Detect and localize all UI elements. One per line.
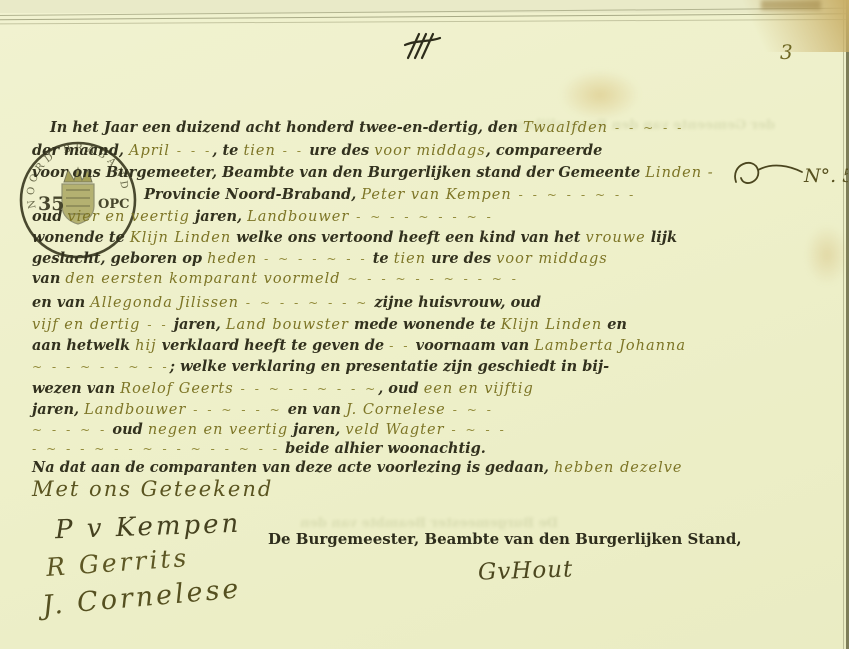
printed-text: voornaam van	[411, 337, 535, 354]
top-smudge	[761, 0, 821, 10]
document-line: geslacht, geboren op heden - ~ - - ~ - -…	[32, 251, 608, 268]
printed-text: jaren,	[190, 208, 247, 225]
handwritten-text: Landbouwer	[84, 402, 186, 418]
filler-dashes: ~ - - ~ - - ~ - - ~ -	[341, 272, 520, 286]
document-line: der maand, April - - -, te tien - - ure …	[32, 143, 602, 160]
document-line: ~ - - ~ - - ~ - -; welke verklaring en p…	[32, 359, 609, 376]
filler-dashes: ~ - - ~ -	[32, 423, 107, 437]
document-line: wezen van Roelof Geerts - - ~ - - ~ - - …	[32, 381, 534, 398]
printed-text: verklaard heeft te geven de	[157, 337, 389, 354]
handwritten-text: Klijn Linden	[501, 317, 602, 333]
handwritten-text: vrouwe	[586, 230, 646, 246]
handwritten-text: Linden -	[645, 165, 713, 181]
handwritten-text: Roelof Geerts	[120, 381, 234, 397]
document-line: Met ons Geteekend	[32, 478, 273, 501]
signature-official: GvHout	[478, 556, 574, 585]
document-line: Provincie Noord-Braband, Peter van Kempe…	[32, 187, 636, 204]
printed-text: ure des	[426, 250, 496, 267]
handwritten-text: veld Wagter	[345, 422, 444, 438]
printed-text: en	[602, 316, 627, 333]
filler-dashes: - -	[276, 144, 304, 158]
paper-stain	[805, 225, 849, 285]
printed-text: wonende te	[32, 229, 130, 246]
handwritten-text: den eersten komparant voormeld	[65, 271, 340, 287]
document-line: In het Jaar een duizend acht honderd twe…	[32, 120, 684, 137]
printed-text: beide alhier woonachtig.	[280, 440, 486, 457]
printed-text: ure des	[304, 142, 374, 159]
printed-text: In het Jaar een duizend acht honderd twe…	[50, 119, 523, 136]
closing-title: De Burgemeester, Beambte van den Burgerl…	[268, 530, 742, 548]
filler-dashes: - ~ - - ~ - -	[257, 252, 367, 266]
filler-dashes: - - ~ - - ~ - - ~	[234, 382, 378, 396]
printed-text: welke ons vertoond heeft een kind van he…	[231, 229, 585, 246]
printed-text: jaren,	[169, 316, 226, 333]
document-line: van den eersten komparant voormeld ~ - -…	[32, 271, 519, 288]
document-line: aan hetwelk hij verklaard heeft te geven…	[32, 338, 686, 355]
handwritten-text: April	[129, 143, 170, 159]
printed-text: wezen van	[32, 380, 120, 397]
document-line: jaren, Landbouwer - - ~ - - ~ en van J. …	[32, 402, 494, 419]
handwritten-text: Peter van Kempen	[361, 187, 511, 203]
handwritten-text: voor middags	[374, 143, 486, 159]
handwritten-text: voor middags	[496, 251, 608, 267]
document-line: vijf en dertig - - jaren, Land bouwster …	[32, 317, 627, 334]
page-edge-right-light	[843, 0, 844, 649]
handwritten-text: vijf en dertig	[32, 317, 140, 333]
printed-text: , te	[212, 142, 243, 159]
printed-text: jaren,	[32, 401, 84, 418]
filler-dashes: - - ~ - - ~	[186, 403, 282, 417]
filler-dashes: - ~ - - ~ - - ~ - - ~ - - ~ - -	[32, 442, 280, 456]
filler-dashes: - -	[389, 339, 410, 353]
handwritten-text: Klijn Linden	[130, 230, 231, 246]
printed-text: Provincie Noord-Braband,	[144, 186, 361, 203]
document-line: - ~ - - ~ - - ~ - - ~ - - ~ - - beide al…	[32, 441, 486, 458]
handwritten-text: hebben dezelve	[554, 460, 683, 476]
handwritten-text: vier en veertig	[67, 209, 190, 225]
signature-witness-2: R Gerrits	[45, 543, 190, 582]
handwritten-text: heden	[207, 251, 257, 267]
signature-witness-3: J. Cornelese	[41, 573, 242, 621]
filler-dashes: - ~ - -	[445, 423, 507, 437]
filler-dashes: - - -	[170, 144, 212, 158]
document-line: ~ - - ~ - oud negen en veertig jaren, ve…	[32, 422, 507, 439]
handwritten-text: een en vijftig	[424, 381, 534, 397]
printed-text: te	[368, 250, 394, 267]
act-number: N°. 5	[803, 165, 848, 187]
printed-text: van	[32, 270, 65, 287]
filler-dashes: ~ - - ~ - - ~ - -	[32, 360, 170, 374]
document-line: en van Allegonda Jilissen - ~ - - ~ - - …	[32, 295, 541, 312]
signature-witness-1: P v Kempen	[55, 509, 242, 545]
handwritten-text: J. Cornelese	[346, 402, 446, 418]
handwritten-text: Met ons Geteekend	[32, 477, 273, 501]
printed-text: Na dat aan de comparanten van deze acte …	[32, 459, 554, 476]
handwritten-text: negen en veertig	[148, 422, 288, 438]
handwritten-text: Landbouwer	[247, 209, 349, 225]
printed-text: mede wonende te	[349, 316, 501, 333]
filler-dashes: - -	[140, 318, 168, 332]
printed-text: lijk	[646, 229, 677, 246]
printed-text: ; welke verklaring en presentatie zijn g…	[170, 358, 609, 375]
printed-text: geslacht, geboren op	[32, 250, 207, 267]
printed-text: oud	[32, 208, 67, 225]
handwritten-text: Twaalfden	[523, 120, 608, 136]
printed-text: en van	[283, 401, 346, 418]
filler-dashes: - - ~ - -	[608, 121, 684, 135]
filler-dashes: - ~ - - ~ - - ~ -	[349, 210, 493, 224]
page-number: 3	[780, 40, 793, 64]
filler-dashes: - ~ - - ~ - - ~	[239, 296, 369, 310]
act-number-flourish: N°. 5	[728, 152, 848, 200]
document-line: oud vier en veertig jaren, Landbouwer - …	[32, 209, 494, 226]
filler-dashes: - ~ -	[446, 403, 494, 417]
document-line: wonende te Klijn Linden welke ons vertoo…	[32, 230, 677, 247]
paraph-mark	[402, 30, 446, 62]
filler-dashes: - - ~ - - ~ - -	[512, 188, 637, 202]
printed-text: en van	[32, 294, 90, 311]
paper-stain	[560, 70, 640, 120]
handwritten-text: Land bouwster	[226, 317, 349, 333]
printed-text: zijne huisvrouw, oud	[369, 294, 541, 311]
printed-text: voor ons Burgemeeter, Beambte van den Bu…	[32, 164, 645, 181]
document-line: Na dat aan de comparanten van deze acte …	[32, 460, 683, 477]
printed-text: , oud	[378, 380, 424, 397]
printed-text: der maand,	[32, 142, 129, 159]
printed-text: oud	[107, 421, 147, 438]
handwritten-text: tien	[394, 251, 426, 267]
printed-text: aan hetwelk	[32, 337, 135, 354]
document-line: voor ons Burgemeeter, Beambte van den Bu…	[32, 165, 714, 182]
printed-text: , compareerde	[486, 142, 603, 159]
scanned-document-page: der Gemeente van den Burgerlijken De Bur…	[0, 0, 849, 649]
handwritten-text: hij	[135, 338, 156, 354]
bleedthrough-text: De Burgemeester Beambte van den	[300, 516, 558, 531]
handwritten-text: tien	[243, 143, 275, 159]
printed-text: jaren,	[288, 421, 345, 438]
handwritten-text: Allegonda Jilissen	[90, 295, 239, 311]
handwritten-text: Lamberta Johanna	[534, 338, 686, 354]
